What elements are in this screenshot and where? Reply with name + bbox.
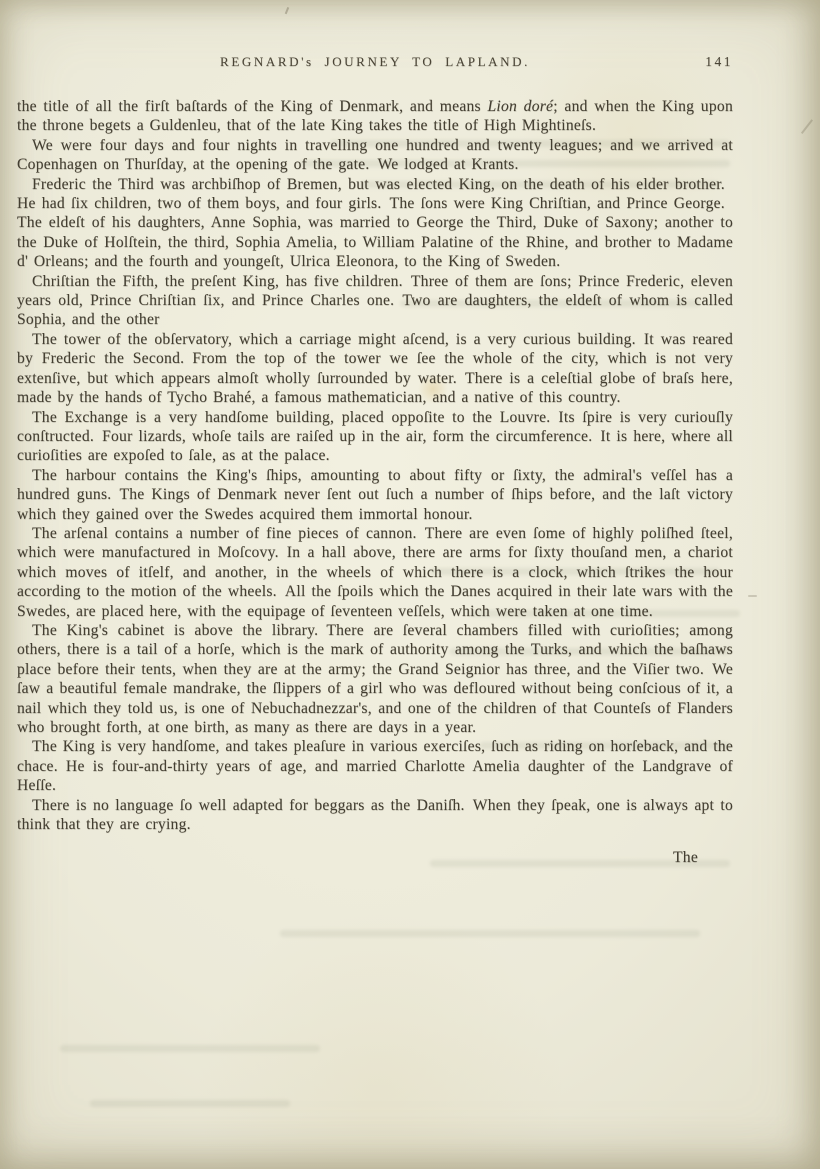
paragraph: The tower of the obſervatory, which a ca… [17,330,733,408]
body-text: Chriſtian the Fifth, the preſent King, h… [17,273,733,329]
paragraph: The harbour contains the King's ſhips, a… [17,466,733,524]
showthrough-line [60,1045,320,1052]
body-text: The Exchange is a very handſome building… [17,409,733,465]
body-text: The King is very handſome, and takes ple… [17,738,733,794]
paragraph: The King's cabinet is above the library.… [17,621,733,737]
pen-mark-right-edge [801,119,813,133]
showthrough-line [90,1100,290,1107]
paragraph: the title of all the firſt baſtards of t… [17,97,733,136]
margin-dash-mark [748,595,757,597]
catchword: The [673,849,698,866]
page-number: 141 [705,54,733,70]
body-text: We were four days and four nights in tra… [17,137,733,173]
body-text: Frederic the Third was archbiſhop of Bre… [17,176,733,271]
paragraph: Frederic the Third was archbiſhop of Bre… [17,175,733,272]
body-text: The tower of the obſervatory, which a ca… [17,331,733,406]
body-text: There is no language ſo well adapted for… [17,797,733,833]
paragraph: The King is very handſome, and takes ple… [17,737,733,795]
paragraph: We were four days and four nights in tra… [17,136,733,175]
page-body: the title of all the firſt baſtards of t… [17,97,733,868]
showthrough-line [280,930,700,937]
paragraph: Chriſtian the Fifth, the preſent King, h… [17,272,733,330]
paragraph: The Exchange is a very handſome building… [17,408,733,466]
body-text: the title of all the firſt baſtards of t… [17,98,487,115]
body-text: The King's cabinet is above the library.… [17,622,733,736]
pen-mark-top [285,7,289,14]
book-page: REGNARD's JOURNEY TO LAPLAND. 141 the ti… [0,0,820,1169]
running-title: REGNARD's JOURNEY TO LAPLAND. [17,54,733,70]
page-header: REGNARD's JOURNEY TO LAPLAND. 141 [17,54,733,76]
catchword-row: The [17,848,733,867]
italic-text: Lion doré [487,98,553,115]
paragraph: The arſenal contains a number of fine pi… [17,524,733,621]
body-text: The harbour contains the King's ſhips, a… [17,467,733,523]
body-text: The arſenal contains a number of fine pi… [17,525,733,620]
paragraph: There is no language ſo well adapted for… [17,796,733,835]
